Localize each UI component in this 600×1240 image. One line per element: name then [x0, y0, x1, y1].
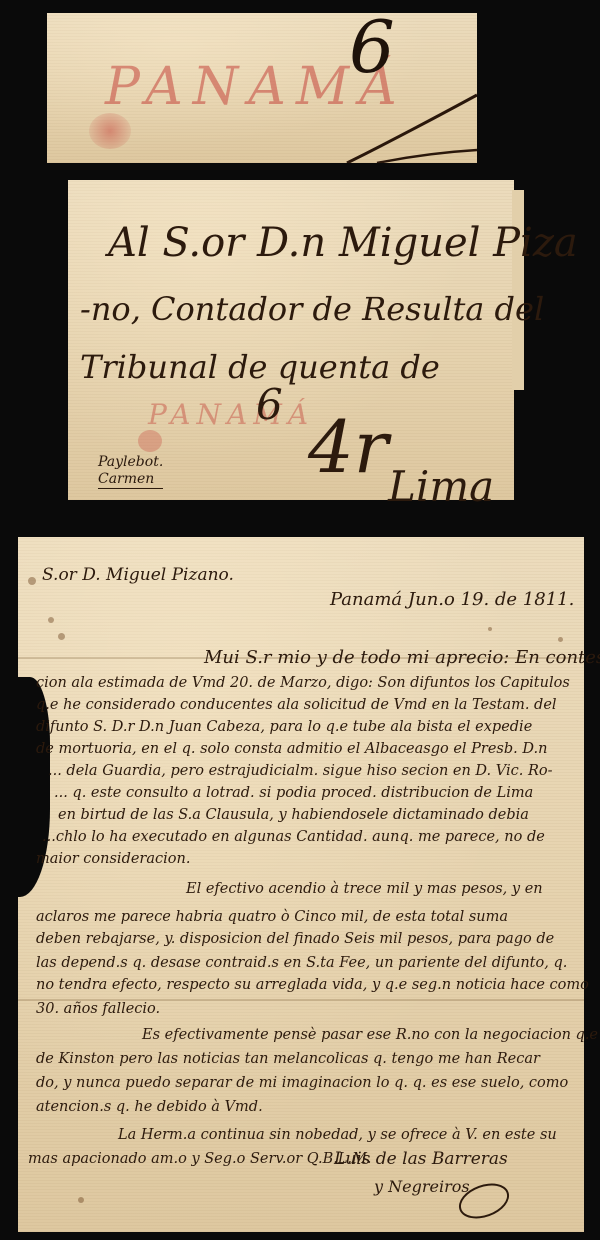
letter-line: La Herm.a continua sin nobedad, y se ofr… [118, 1127, 557, 1143]
letter-line: deben rebajarse, y. disposicion del fina… [36, 931, 554, 947]
letter-line: de Kinston pero las noticias tan melanco… [36, 1051, 540, 1067]
letter-line: atencion.s q. he debido à Vmd. [36, 1099, 263, 1115]
letter-line: de mortuoria, en el q. solo consta admit… [36, 741, 547, 757]
ship-note-line-1: Paylebot. [98, 454, 163, 471]
letter-line: Es efectivamente pensè pasar ese R.no co… [142, 1027, 600, 1043]
ship-note: Paylebot. Carmen [98, 454, 163, 489]
panama-postmark: PANAMÁ [148, 398, 314, 431]
ship-note-line-2: Carmen [98, 471, 163, 489]
letter-line: aclaros me parece habria quatro ò Cinco … [36, 909, 508, 925]
address-line-2: -no, Contador de Resulta del [80, 290, 544, 328]
letter-line: do, y nunca puedo separar de mi imaginac… [36, 1075, 568, 1091]
letter-line: mas apacionado am.o y Seg.o Serv.or Q.B.… [28, 1151, 372, 1167]
destination-text: Lima [388, 462, 494, 511]
letter-line: ... q. este consulto a lotrad. si podia … [54, 785, 533, 801]
letter-line: ... dela Guardia, pero estrajudicialm. s… [48, 763, 553, 779]
letter-dateline: Panamá Jun.o 19. de 1811. [330, 589, 574, 610]
postage-fee-mark: 4r [308, 405, 388, 489]
ink-blot [138, 430, 162, 452]
letter-line: no tendra efecto, respecto su arreglada … [36, 977, 589, 993]
letter-salutation: S.or D. Miguel Pizano. [42, 565, 234, 585]
letter-line: Mui S.r mio y de todo mi aprecio: En con… [204, 647, 600, 668]
letter-line: ...chlo lo ha executado en algunas Canti… [42, 829, 545, 845]
letter-cover-panel: Al S.or D.n Miguel Piza -no, Contador de… [68, 180, 514, 500]
postmark-detail-panel: PANAMÁ 6 [47, 13, 477, 163]
letter-line: difunto S. D.r D.n Juan Cabeza, para lo … [36, 719, 532, 735]
letter-line: en birtud de las S.a Clausula, y habiend… [58, 807, 529, 823]
letter-line: El efectivo acendio à trece mil y mas pe… [186, 881, 543, 897]
letter-line: 30. años fallecio. [36, 1001, 160, 1017]
signature-name: Luis de las Barreras [334, 1149, 508, 1169]
address-line-1: Al S.or D.n Miguel Piza [108, 220, 578, 266]
signature-surname: y Negreiros [374, 1177, 470, 1196]
letter-line: cion ala estimada de Vmd 20. de Marzo, d… [36, 675, 570, 691]
letter-line: las depend.s q. desase contraid.s en S.t… [36, 955, 567, 971]
letter-body-panel: S.or D. Miguel Pizano. Panamá Jun.o 19. … [18, 537, 584, 1232]
letter-line: q.e he considerado conducentes ala solic… [36, 697, 557, 713]
pen-stroke-icon [47, 13, 477, 163]
rate-mark: 6 [256, 380, 283, 429]
letter-line: maior consideracion. [36, 851, 190, 867]
